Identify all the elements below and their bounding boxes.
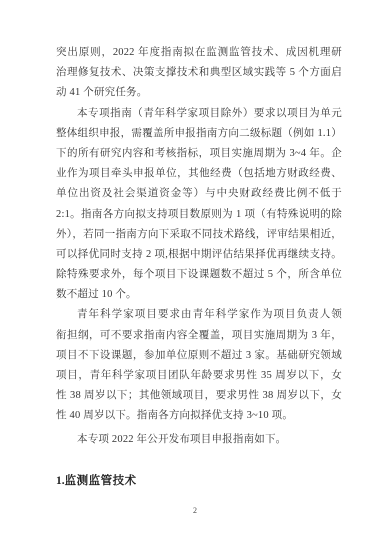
body-text: 突出原则，2022 年度指南拟在监测监管技术、成因机理研究、 治理修复技术、决策… [56,43,342,450]
body-text-line: 本专项指南（青年科学家项目除外）要求以项目为单元 [56,104,342,124]
body-text-line: 整体组织申报，需覆盖所申报指南方向二级标题（例如 1.1） [56,124,342,144]
body-text-line: 性 38 周岁以下；其他领域项目，要求男性 38 周岁以下，女 [56,386,342,406]
section-heading-title: 监测监管技术 [65,475,137,487]
body-text-line: 2:1。指南各方向拟支持项目数原则为 1 项（有特殊说明的除 [56,205,342,225]
body-text-line: 动 41 个研究任务。 [56,83,342,103]
body-text-line: 数不超过 10 个。 [56,285,342,305]
section-heading-number: 1. [56,475,65,487]
section-heading: 1.监测监管技术 [56,471,137,491]
body-text-line: 衔担纲，可不要求指南内容全覆盖，项目实施周期为 3 年， [56,326,342,346]
body-text-line: 可以择优同时支持 2 项,根据中期评估结果择优再继续支持。 [56,245,342,265]
page-number: 2 [0,506,390,515]
body-text-line: 性 40 周岁以下。指南各方向拟择优支持 3~10 项。 [56,406,342,426]
body-text-line: 业作为项目牵头申报单位，其他经费（包括地方财政经费、 [56,164,342,184]
body-text-line: 本专项 2022 年公开发布项目申报指南如下。 [56,430,342,450]
body-text-line: 突出原则，2022 年度指南拟在监测监管技术、成因机理研究、 [56,43,342,63]
body-text-line: 项目不下设课题，参加单位原则不超过 3 家。基础研究领域 [56,346,342,366]
body-text-line: 治理修复技术、决策支撑技术和典型区域实践等 5 个方面启 [56,63,342,83]
body-text-line: 外），若同一指南方向下采取不同技术路线，评审结果相近， [56,225,342,245]
body-text-line: 下的所有研究内容和考核指标，项目实施周期为 3~4 年。企 [56,144,342,164]
body-text-line: 单位出资及社会渠道资金等）与中央财政经费比例不低于 [56,184,342,204]
document-page: 突出原则，2022 年度指南拟在监测监管技术、成因机理研究、 治理修复技术、决策… [0,0,390,551]
body-text-line: 除特殊要求外，每个项目下设课题数不超过 5 个，所含单位 [56,265,342,285]
body-text-line: 项目，青年科学家项目团队年龄要求男性 35 周岁以下，女 [56,366,342,386]
body-text-line: 青年科学家项目要求由青年科学家作为项目负责人领 [56,305,342,325]
